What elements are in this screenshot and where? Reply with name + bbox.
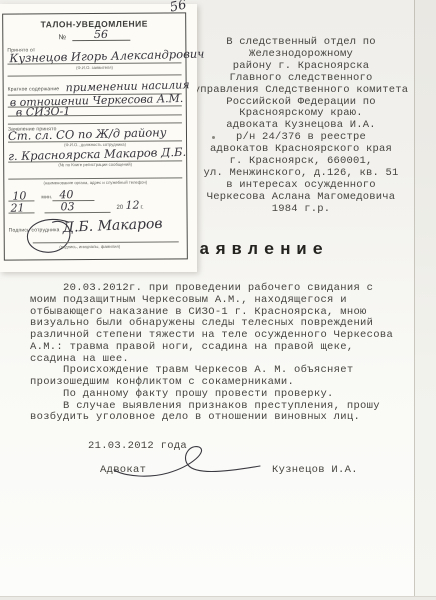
scan-edge-bottom [0,596,436,600]
notification-slip: 56 ТАЛОН-УВЕДОМЛЕНИЕ № 56 Принято от Куз… [0,4,197,272]
body-line: моим подзащитным Черкесовым А.М., находя… [30,295,422,307]
addressee-block: В следственный отдел поЖелезнодорожномур… [190,37,412,216]
addressee-line: управления Следственного комитета [190,85,412,97]
slip-border-box: ТАЛОН-УВЕДОМЛЕНИЕ № 56 Принято от Кузнец… [2,12,188,260]
year-value: 12 [125,200,139,211]
body-line: различной степени тяжести на теле осужде… [30,330,422,342]
letter-heading: Заявление [183,241,329,260]
advocate-signature [108,443,268,485]
summary-label: Краткое содержание [8,86,60,92]
slip-number-row: № 56 [3,29,185,41]
signer-name: Кузнецов И.А. [272,464,358,476]
field-rule [8,74,182,76]
body-line: 20.03.2012г. при проведении рабочего сви… [30,283,422,295]
field-rule [8,114,182,116]
signature-hint: (подпись, инициалы, фамилия) [35,244,145,250]
scanned-document-page: В следственный отдел поЖелезнодорожномур… [0,0,436,600]
addressee-line: району г. Красноярска [190,61,412,73]
letter-body: 20.03.2012г. при проведении рабочего сви… [30,283,422,424]
year-suffix: г. [140,205,143,211]
body-line: По данному факту прошу провести проверку… [30,389,422,401]
date-month: 03 [60,201,74,212]
accepted-by-hint2: (№ по Книге регистрации сообщений) [4,161,186,167]
addressee-line: Главного следственного [190,73,412,85]
body-line: произошедшим конфликтом с сокамерниками. [30,377,422,389]
year-prefix: 20 [116,205,123,211]
time-minutes: 40 [59,189,73,200]
addressee-line: Черкесова Аслана Магомедовича [190,192,412,204]
body-line: возбудить уголовное дело в отношении вин… [30,412,422,424]
addressee-line: 1984 г.р. [190,204,412,216]
minutes-label: мин. [41,194,52,200]
number-value-handwritten: 56 [72,30,130,41]
number-label: № [59,34,67,41]
org-hint: (наименование органа, адрес и служебный … [4,179,186,185]
addressee-line: в интересах осужденного [190,180,412,192]
body-line: А.М.: травма правой ноги, ссадина на пра… [30,342,422,354]
officer-signature-name: Д.Б. Макаров [62,216,163,236]
accepted-from-hint: (Ф.И.О. заявителя) [4,64,186,70]
field-rule [8,122,182,124]
